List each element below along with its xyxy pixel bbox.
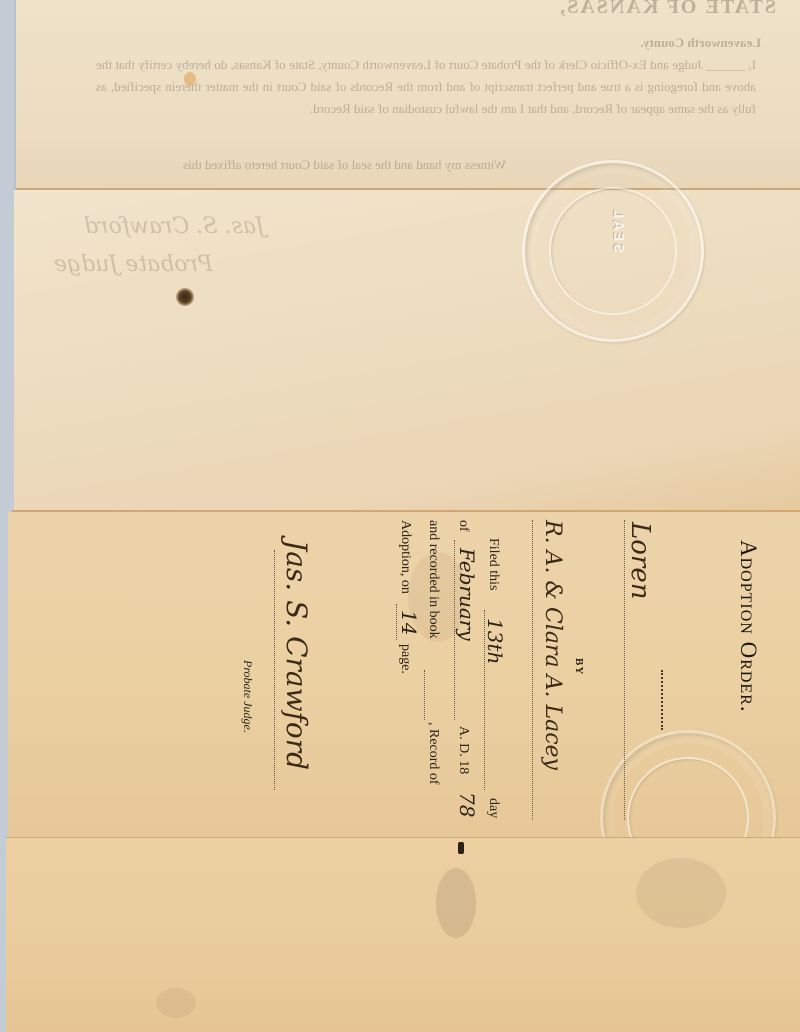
stain bbox=[436, 868, 476, 938]
document-panel-bottom bbox=[6, 838, 800, 1032]
day-label: day bbox=[485, 798, 501, 818]
recorded-in-book-label: and recorded in book bbox=[425, 520, 441, 639]
filed-day: 13th bbox=[483, 618, 507, 664]
punch-hole bbox=[176, 288, 194, 306]
filed-year: 78 bbox=[455, 792, 479, 817]
reverse-county: Leavenworth County. bbox=[640, 32, 761, 54]
seal-center-text: SEAL bbox=[610, 208, 625, 253]
filed-this-label: Filed this bbox=[485, 538, 501, 591]
reverse-witness-line: Witness my hand and the seal of said Cou… bbox=[183, 154, 506, 176]
judge-signature: Jas. S. Crawford bbox=[280, 540, 313, 770]
dotted-line bbox=[424, 670, 425, 720]
dotted-line-short bbox=[661, 670, 663, 730]
form-title: Adoption Order. bbox=[735, 540, 761, 713]
adoptee-name: Loren bbox=[625, 522, 655, 599]
reverse-state-heading: STATE OF KANSAS, bbox=[558, 0, 776, 18]
of-label: of bbox=[455, 520, 471, 532]
stain bbox=[156, 988, 196, 1018]
reverse-side-text: STATE OF KANSAS, Leavenworth County. I, … bbox=[96, 0, 796, 180]
ink-blot bbox=[458, 842, 464, 854]
reverse-certification-paragraph: I, ______ Judge and Ex-Officio Clerk of … bbox=[96, 54, 756, 120]
record-of-label: , Record of bbox=[425, 722, 441, 785]
stain bbox=[184, 72, 196, 86]
judge-title: Probate Judge. bbox=[240, 660, 255, 733]
by-label: BY bbox=[573, 658, 585, 675]
ghost-signature: Jas. S. Crawford bbox=[84, 214, 265, 239]
dotted-line bbox=[396, 604, 397, 640]
dotted-line bbox=[454, 540, 455, 720]
document-panel-top: STATE OF KANSAS, Leavenworth County. I, … bbox=[16, 0, 800, 190]
signature-line bbox=[274, 550, 275, 790]
dotted-line bbox=[532, 520, 533, 820]
filed-month: February bbox=[455, 548, 479, 641]
adopters-names: R. A. & Clara A. Lacey bbox=[540, 520, 565, 770]
adoption-on-label: Adoption, on bbox=[397, 520, 413, 594]
dotted-line bbox=[484, 610, 485, 790]
embossed-seal-icon: SEAL bbox=[522, 160, 704, 342]
ad-label: A. D. 18 bbox=[455, 726, 471, 774]
page-label: page. bbox=[397, 644, 413, 674]
stain bbox=[636, 858, 726, 928]
record-page: 14 bbox=[397, 610, 421, 635]
ghost-signature: Probate Judge bbox=[54, 252, 213, 277]
adoption-order-form: Adoption Order. Loren BY R. A. & Clara A… bbox=[205, 520, 765, 840]
